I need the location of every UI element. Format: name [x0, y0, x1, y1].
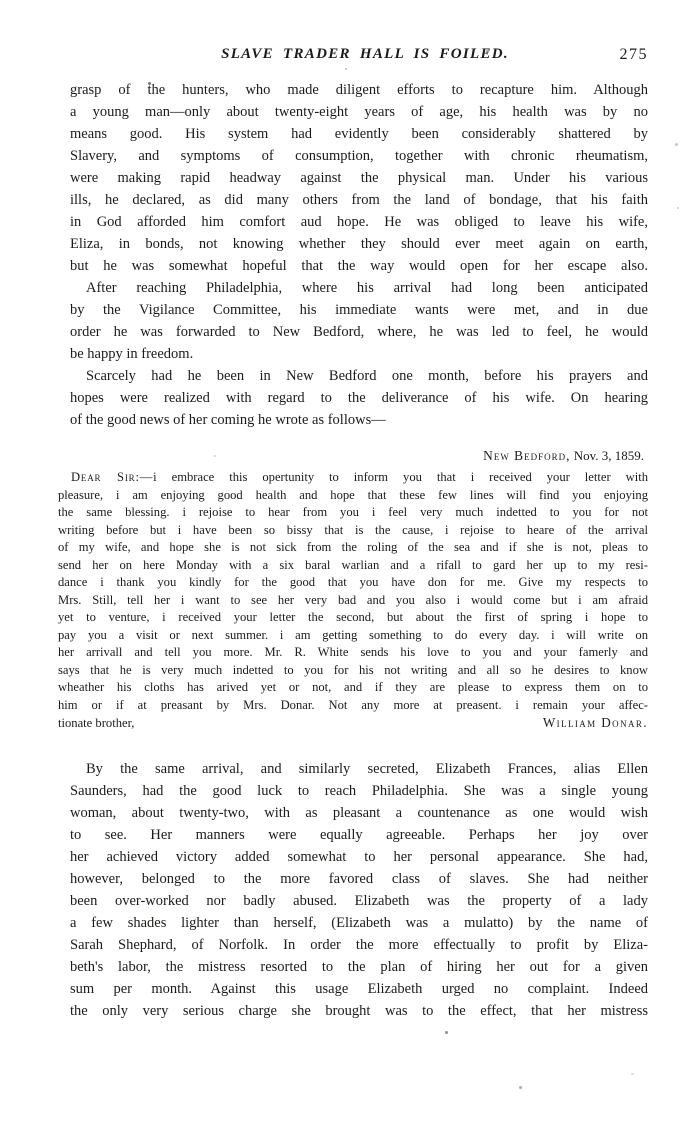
scan-speck: [675, 143, 678, 146]
text-line: order he was forwarded to New Bedford, w…: [70, 321, 648, 343]
paragraph: Scarcely had he been in New Bedford one …: [70, 365, 648, 431]
text-line: send her on here Monday with a six baral…: [58, 557, 648, 575]
text-line: but he was somewhat hopeful that the way…: [70, 255, 648, 277]
page-content: grasp of the hunters, who made diligent …: [70, 79, 648, 1022]
text-line: of my wife, and hope she is not sick fro…: [58, 539, 648, 557]
book-page: SLAVE TRADER HALL IS FOILED. 275 grasp o…: [0, 0, 700, 1121]
paragraph: By the same arrival, and similarly secre…: [70, 758, 648, 1022]
text-line: the same blessing. i rejoise to hear fro…: [58, 504, 648, 522]
text-line: Sarah Shephard, of Norfolk. In order the…: [70, 934, 648, 956]
text-line: ills, he declared, as did many others fr…: [70, 189, 648, 211]
paragraph: grasp of the hunters, who made diligent …: [70, 79, 648, 277]
scan-speck: [214, 455, 216, 457]
text-line: yet to venture, i received your letter t…: [58, 609, 648, 627]
text-line: After reaching Philadelphia, where his a…: [70, 277, 648, 299]
text-line: Scarcely had he been in New Bedford one …: [70, 365, 648, 387]
letter-dateline-date: Nov. 3, 1859.: [570, 448, 644, 463]
text-line: pay you a visit or next summer. i am get…: [58, 627, 648, 645]
page-number: 275: [620, 46, 649, 64]
letter-dateline-place: New Bedford,: [483, 448, 570, 463]
running-header: SLAVE TRADER HALL IS FOILED. 275: [70, 46, 648, 66]
text-line: her arrivall and tell you more. Mr. R. W…: [58, 644, 648, 662]
text-line: by the Vigilance Committee, his immediat…: [70, 299, 648, 321]
paragraphs-after-letter: By the same arrival, and similarly secre…: [70, 758, 648, 1022]
letter-closing-line: tionate brother, William Donar.: [58, 714, 648, 732]
text-line: were making rapid headway against the ph…: [70, 167, 648, 189]
letter-first-line-text: i embrace this opertunity to inform you …: [153, 470, 648, 484]
text-line: By the same arrival, and similarly secre…: [70, 758, 648, 780]
text-line: sum per month. Against this usage Elizab…: [70, 978, 648, 1000]
text-line: Slavery, and symptoms of consumption, to…: [70, 145, 648, 167]
text-line: him or if at preasant by Mrs. Donar. Not…: [58, 697, 648, 715]
text-line: woman, about twenty-two, with as pleasan…: [70, 802, 648, 824]
letter-signature: William Donar.: [543, 714, 648, 732]
paragraphs-before-letter: grasp of the hunters, who made diligent …: [70, 79, 648, 431]
letter-closing: tionate brother,: [58, 715, 134, 733]
text-line: her achieved victory added somewhat to h…: [70, 846, 648, 868]
letter-body-lines: pleasure, i am enjoying good health and …: [58, 487, 648, 715]
text-line: been over-worked nor badly abused. Eliza…: [70, 890, 648, 912]
text-line: grasp of the hunters, who made diligent …: [70, 79, 648, 101]
text-line: means good. His system had evidently bee…: [70, 123, 648, 145]
scan-speck: [345, 68, 347, 70]
scan-speck: [677, 207, 679, 209]
text-line: wheather his cloths has arived yet or no…: [58, 679, 648, 697]
text-line: Saunders, had the good luck to reach Phi…: [70, 780, 648, 802]
paragraph: After reaching Philadelphia, where his a…: [70, 277, 648, 365]
text-line: in God afforded him comfort aud hope. He…: [70, 211, 648, 233]
letter-dateline: New Bedford, Nov. 3, 1859.: [58, 447, 648, 464]
text-line: to see. Her manners were equally agreeab…: [70, 824, 648, 846]
letter-first-line: Dear Sir:—i embrace this opertunity to i…: [58, 469, 648, 487]
text-line: however, belonged to the more favored cl…: [70, 868, 648, 890]
text-line: the only very serious charge she brought…: [70, 1000, 648, 1022]
text-line: a few shades lighter than herself, (Eliz…: [70, 912, 648, 934]
text-line: pleasure, i am enjoying good health and …: [58, 487, 648, 505]
page-title: SLAVE TRADER HALL IS FOILED.: [76, 46, 654, 63]
text-line: writing before but i have been so bissy …: [58, 522, 648, 540]
text-line: dance i thank you kindly for the good th…: [58, 574, 648, 592]
text-line: says that he is very much indetted to yo…: [58, 662, 648, 680]
scan-speck: [486, 50, 489, 53]
text-line: be happy in freedom.: [70, 343, 648, 365]
paragraph: pleasure, i am enjoying good health and …: [58, 487, 648, 715]
text-line: hopes were realized with regard to the d…: [70, 387, 648, 409]
letter-salutation: Dear Sir:—: [71, 470, 153, 484]
scan-speck: [519, 1086, 522, 1089]
scan-speck: [631, 1073, 634, 1075]
text-line: Eliza, in bonds, not knowing whether the…: [70, 233, 648, 255]
text-line: a young man—only about twenty-eight year…: [70, 101, 648, 123]
text-line: Mrs. Still, tell her i want to see her v…: [58, 592, 648, 610]
scan-speck: [148, 82, 151, 85]
text-line: of the good news of her coming he wrote …: [70, 409, 648, 431]
scan-speck: [445, 1031, 448, 1034]
letter-extract: New Bedford, Nov. 3, 1859. Dear Sir:—i e…: [58, 447, 648, 732]
text-line: beth's labor, the mistress resorted to t…: [70, 956, 648, 978]
